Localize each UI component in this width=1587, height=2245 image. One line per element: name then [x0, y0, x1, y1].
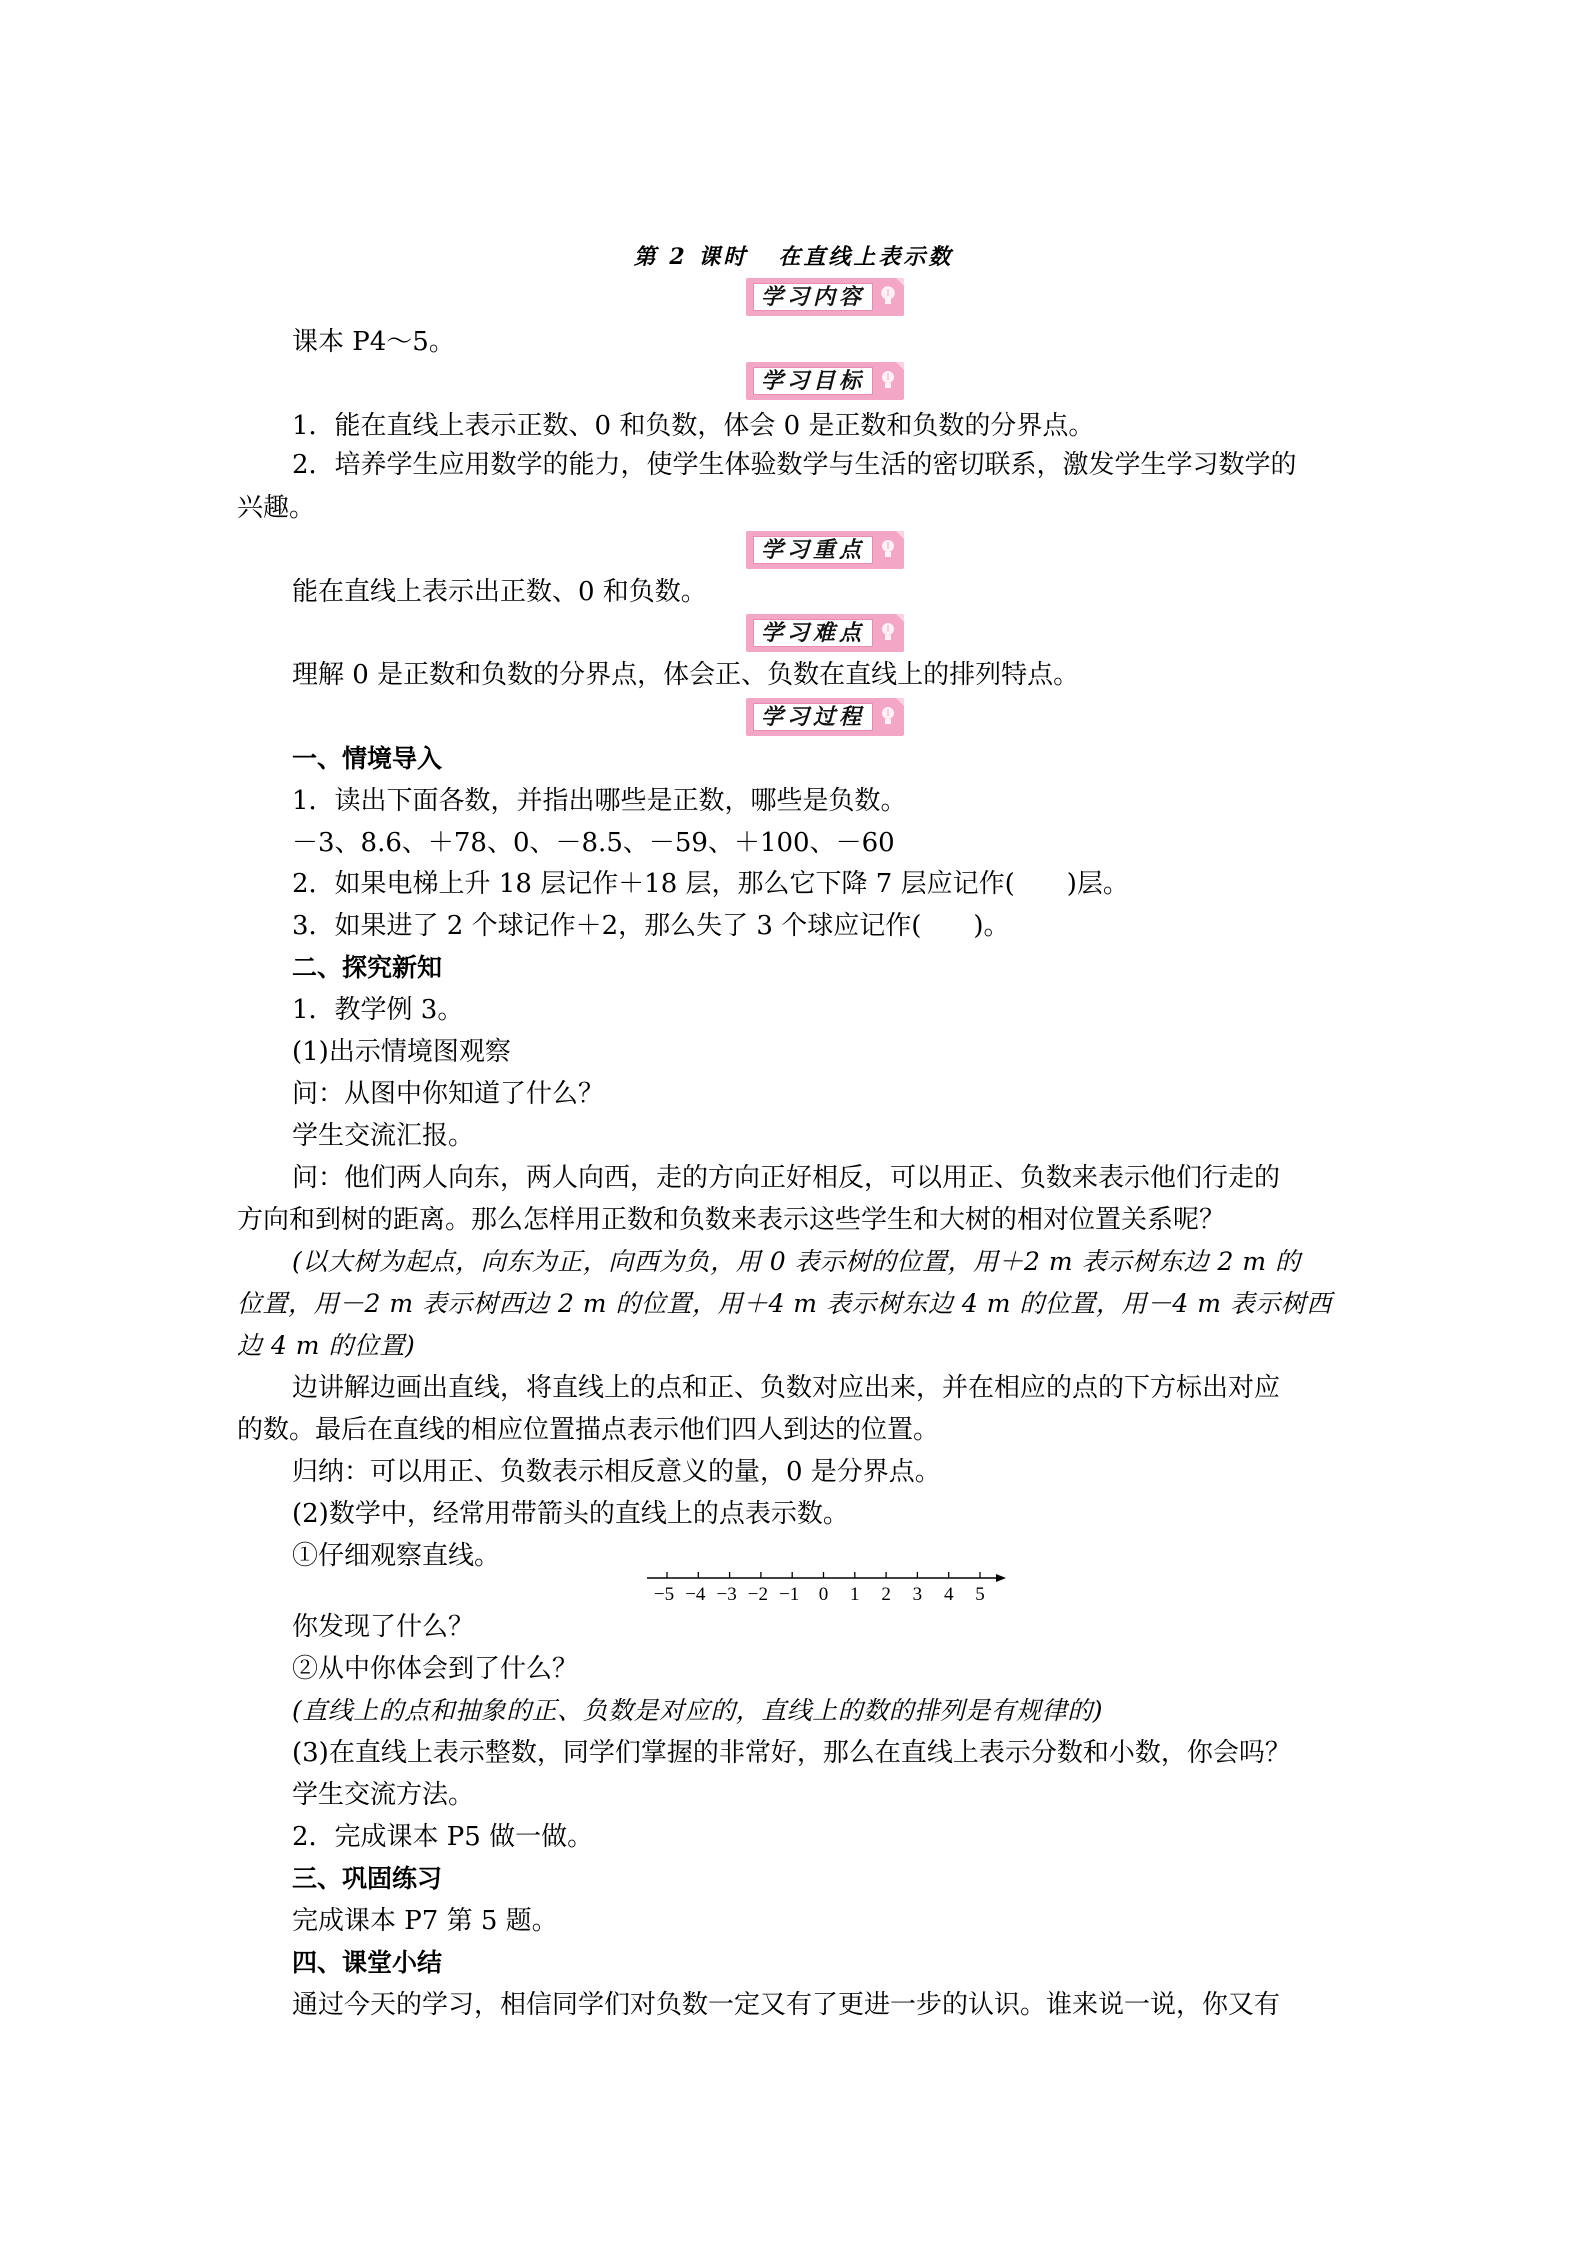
paragraph: 问：他们两人向东，两人向西，走的方向正好相反，可以用正、负数来表示他们行走的: [292, 1163, 1357, 1193]
tick-label: −3: [716, 1584, 736, 1605]
paragraph: 学生交流汇报。: [292, 1121, 1357, 1151]
badge-label: 学习过程: [753, 703, 873, 731]
tick-label: 1: [850, 1584, 860, 1605]
paragraph: 归纳：可以用正、负数表示相反意义的量，0 是分界点。: [292, 1457, 1357, 1487]
section-badge-content: 学习内容: [746, 278, 904, 316]
badge-corner: [896, 531, 904, 539]
section-heading: 三、巩固练习: [292, 1864, 1357, 1894]
tick-label: −4: [685, 1584, 706, 1605]
paragraph: 的数。最后在直线的相应位置描点表示他们四人到达的位置。: [237, 1415, 1357, 1445]
tick-label: −2: [748, 1584, 768, 1605]
paragraph: 通过今天的学习，相信同学们对负数一定又有了更进一步的认识。谁来说一说，你又有: [292, 1990, 1357, 2020]
paragraph: 1．教学例 3。: [292, 995, 1357, 1025]
lightbulb-icon: [878, 284, 898, 310]
badge-label: 学习难点: [753, 619, 873, 647]
tick-label: 4: [944, 1584, 954, 1605]
paragraph: －3、8.6、＋78、0、－8.5、－59、＋100、－60: [292, 828, 1357, 858]
badge-label: 学习重点: [753, 536, 873, 564]
section-heading: 四、课堂小结: [292, 1948, 1357, 1978]
document-page: 第 2 课时在直线上表示数 学习内容 课本 P4～5。 学习目标 1．能在直线上…: [0, 0, 1587, 2245]
answer-note: (直线上的点和抽象的正、负数是对应的，直线上的数的排列是有规律的): [292, 1696, 1357, 1726]
answer-note: 位置，用－2 m 表示树西边 2 m 的位置，用＋4 m 表示树东边 4 m 的…: [237, 1289, 1357, 1319]
number-line-figure: −5 −4 −3 −2 −1 0 1 2 3 4 5: [640, 1560, 1020, 1610]
lesson-topic: 在直线上表示数: [778, 244, 953, 270]
badge-corner: [896, 278, 904, 286]
paragraph: 2．如果电梯上升 18 层记作＋18 层，那么它下降 7 层应记作( )层。: [292, 869, 1357, 899]
lightbulb-icon: [878, 704, 898, 730]
section-badge-difficulty: 学习难点: [746, 614, 904, 652]
paragraph: 你发现了什么？: [292, 1612, 1357, 1642]
paragraph: 学生交流方法。: [292, 1780, 1357, 1810]
badge-corner: [896, 614, 904, 622]
paragraph: 3．如果进了 2 个球记作＋2，那么失了 3 个球应记作( )。: [292, 911, 1357, 941]
paragraph: 边讲解边画出直线，将直线上的点和正、负数对应出来，并在相应的点的下方标出对应: [292, 1373, 1357, 1403]
section-badge-process: 学习过程: [746, 698, 904, 736]
section-badge-key: 学习重点: [746, 531, 904, 569]
answer-note: (以大树为起点，向东为正，向西为负，用 0 表示树的位置，用＋2 m 表示树东边…: [292, 1247, 1357, 1277]
goal-item: 1．能在直线上表示正数、0 和负数，体会 0 是正数和负数的分界点。: [292, 411, 1357, 441]
answer-note: 边 4 m 的位置): [237, 1331, 1357, 1361]
badge-corner: [896, 698, 904, 706]
content-text: 课本 P4～5。: [292, 327, 1357, 357]
lightbulb-icon: [878, 537, 898, 563]
paragraph: 方向和到树的距离。那么怎样用正数和负数来表示这些学生和大树的相对位置关系呢？: [237, 1205, 1357, 1235]
lightbulb-icon: [878, 620, 898, 646]
tick-label: −5: [654, 1584, 674, 1605]
difficulty-text: 理解 0 是正数和负数的分界点，体会正、负数在直线上的排列特点。: [292, 660, 1357, 690]
paragraph: (3)在直线上表示整数，同学们掌握的非常好，那么在直线上表示分数和小数，你会吗？: [292, 1738, 1357, 1768]
goal-item: 2．培养学生应用数学的能力，使学生体验数学与生活的密切联系，激发学生学习数学的: [292, 450, 1357, 480]
paragraph: 2．完成课本 P5 做一做。: [292, 1822, 1357, 1852]
paragraph: 完成课本 P7 第 5 题。: [292, 1906, 1357, 1936]
paragraph: 1．读出下面各数，并指出哪些是正数，哪些是负数。: [292, 786, 1357, 816]
paragraph: 问：从图中你知道了什么？: [292, 1079, 1357, 1109]
tick-label: 5: [975, 1584, 985, 1605]
section-heading: 二、探究新知: [292, 953, 1357, 983]
section-badge-goals: 学习目标: [746, 362, 904, 400]
lesson-number: 第 2 课时: [634, 244, 749, 270]
goal-item-continued: 兴趣。: [237, 493, 1357, 523]
tick-label: 3: [913, 1584, 923, 1605]
lightbulb-icon: [878, 368, 898, 394]
tick-label: −1: [779, 1584, 799, 1605]
tick-label: 2: [881, 1584, 891, 1605]
badge-label: 学习内容: [753, 283, 873, 311]
paragraph: (2)数学中，经常用带箭头的直线上的点表示数。: [292, 1499, 1357, 1529]
badge-corner: [896, 362, 904, 370]
paragraph: (1)出示情境图观察: [292, 1037, 1357, 1067]
key-text: 能在直线上表示出正数、0 和负数。: [292, 577, 1357, 607]
paragraph: ②从中你体会到了什么？: [292, 1654, 1357, 1684]
tick-label: 0: [819, 1584, 829, 1605]
lesson-title: 第 2 课时在直线上表示数: [0, 240, 1587, 271]
badge-label: 学习目标: [753, 367, 873, 395]
section-heading: 一、情境导入: [292, 744, 1357, 774]
